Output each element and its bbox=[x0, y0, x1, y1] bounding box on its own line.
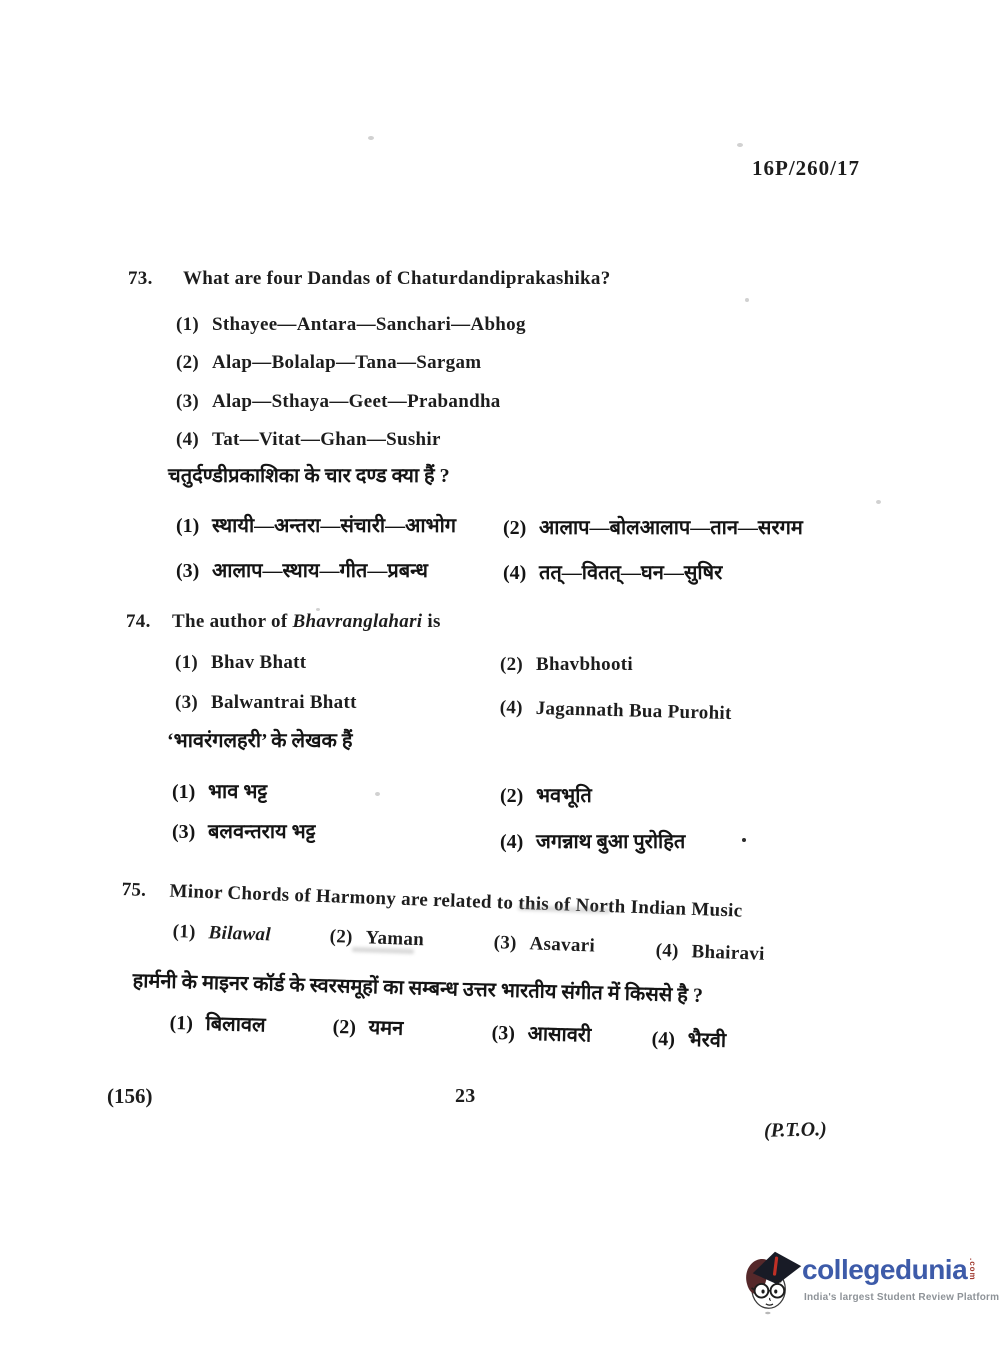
brand-tagline: India's largest Student Review Platform bbox=[804, 1292, 999, 1303]
paper-code: 16P/260/17 bbox=[752, 156, 860, 181]
q75-option-2-hi: (2)यमन bbox=[332, 1012, 403, 1041]
option-text: Jagannath Bua Purohit bbox=[535, 698, 731, 724]
q73-option-3-en: (3)Alap—Sthaya—Geet—Prabandha bbox=[176, 391, 501, 413]
q75-option-4-en: (4)Bhairavi bbox=[655, 940, 765, 966]
option-label: (3) bbox=[493, 932, 530, 955]
option-label: (1) bbox=[175, 652, 211, 674]
scan-speck bbox=[876, 500, 881, 504]
option-label: (3) bbox=[172, 821, 208, 844]
option-label: (4) bbox=[499, 697, 536, 720]
option-text: Balwantrai Bhatt bbox=[211, 692, 357, 713]
q73-option-3-hi: (3)आलाप—स्थाय—गीत—प्रबन्ध bbox=[176, 556, 428, 583]
question-text: Minor Chords of Harmony are related to t… bbox=[169, 881, 743, 922]
q74-option-1-hi: (1)भाव भट्ट bbox=[172, 777, 267, 804]
q73-option-4-en: (4)Tat—Vitat—Ghan—Sushir bbox=[176, 429, 441, 451]
q75-option-1-hi: (1)बिलावल bbox=[169, 1008, 266, 1038]
scan-speck bbox=[368, 136, 374, 140]
booklet-number: (156) bbox=[107, 1084, 153, 1109]
q73-option-2-hi: (2)आलाप—बोलआलाप—तान—सरगम bbox=[503, 513, 803, 540]
option-label: (2) bbox=[329, 926, 366, 949]
option-label: (4) bbox=[651, 1028, 688, 1052]
option-text: भैरवी bbox=[687, 1029, 726, 1052]
option-label: (3) bbox=[175, 692, 211, 714]
brand-text: collegedunia bbox=[802, 1254, 967, 1286]
option-label: (2) bbox=[500, 785, 536, 808]
option-text: Alap—Sthaya—Geet—Prabandha bbox=[212, 391, 501, 412]
pto-label: (P.T.O.) bbox=[764, 1118, 827, 1143]
question-number: 73. bbox=[128, 268, 183, 290]
option-text: आलाप—बोलआलाप—तान—सरगम bbox=[539, 517, 803, 539]
question-text-prefix: The author of bbox=[172, 611, 293, 632]
option-text: भवभूति bbox=[536, 785, 592, 807]
question-number: 74. bbox=[126, 611, 172, 633]
question-74: 74.The author of Bhavranglahari is bbox=[126, 611, 441, 633]
option-text: भाव भट्ट bbox=[208, 781, 267, 803]
option-text: तत्—वितत्—घन—सुषिर bbox=[539, 562, 722, 584]
option-label: (3) bbox=[491, 1022, 528, 1046]
question-text-booktitle: Bhavranglahari bbox=[293, 611, 423, 632]
option-text: Bilawal bbox=[208, 922, 271, 945]
option-label: (2) bbox=[176, 352, 212, 374]
q74-text-hindi: ‘भावरंगलहरी’ के लेखक हैं bbox=[167, 726, 352, 753]
collegedunia-mascot-icon bbox=[740, 1244, 802, 1320]
collegedunia-logo: collegedunia .com India's largest Studen… bbox=[740, 1242, 1001, 1328]
ink-dot bbox=[742, 838, 746, 842]
option-label: (1) bbox=[172, 781, 208, 804]
option-text: बिलावल bbox=[205, 1013, 266, 1037]
q75-option-3-hi: (3)आसावरी bbox=[491, 1018, 591, 1048]
option-text: जगन्नाथ बुआ पुरोहित bbox=[536, 831, 685, 853]
q74-option-4-hi: (4)जगन्नाथ बुआ पुरोहित bbox=[500, 827, 685, 854]
option-label: (2) bbox=[503, 517, 539, 540]
question-75: 75.Minor Chords of Harmony are related t… bbox=[121, 879, 743, 923]
option-text: Bhavbhooti bbox=[536, 654, 633, 675]
option-text: आलाप—स्थाय—गीत—प्रबन्ध bbox=[212, 560, 428, 582]
option-text: Bhav Bhatt bbox=[211, 652, 306, 673]
option-text: स्थायी—अन्तरा—संचारी—आभोग bbox=[212, 515, 456, 537]
brand-tld: .com bbox=[968, 1258, 977, 1281]
option-label: (1) bbox=[176, 515, 212, 538]
option-label: (1) bbox=[169, 1012, 206, 1036]
page-number: 23 bbox=[455, 1085, 476, 1108]
scan-speck bbox=[737, 143, 743, 147]
option-label: (3) bbox=[176, 391, 212, 413]
scan-speck bbox=[375, 792, 380, 796]
option-text: Tat—Vitat—Ghan—Sushir bbox=[212, 429, 441, 450]
option-label: (4) bbox=[176, 429, 212, 451]
option-label: (2) bbox=[332, 1016, 369, 1040]
q74-option-1-en: (1)Bhav Bhatt bbox=[175, 652, 306, 674]
option-text: आसावरी bbox=[527, 1023, 591, 1047]
q74-option-2-hi: (2)भवभूति bbox=[500, 781, 592, 808]
option-text: Asavari bbox=[529, 933, 595, 956]
question-73: 73.What are four Dandas of Chaturdandipr… bbox=[128, 268, 611, 290]
q75-option-3-en: (3)Asavari bbox=[493, 932, 595, 958]
option-label: (3) bbox=[176, 560, 212, 583]
question-number: 75. bbox=[121, 879, 170, 903]
q74-option-2-en: (2)Bhavbhooti bbox=[500, 654, 633, 676]
option-label: (1) bbox=[176, 314, 212, 336]
q75-option-4-hi: (4)भैरवी bbox=[651, 1024, 726, 1053]
option-text: Bhairavi bbox=[691, 941, 765, 965]
q73-option-4-hi: (4)तत्—वितत्—घन—सुषिर bbox=[503, 558, 722, 585]
q73-option-2-en: (2)Alap—Bolalap—Tana—Sargam bbox=[176, 352, 481, 374]
option-text: यमन bbox=[368, 1017, 403, 1040]
option-label: (4) bbox=[503, 562, 539, 585]
scan-speck bbox=[745, 298, 749, 302]
option-label: (2) bbox=[500, 654, 536, 676]
q74-option-3-hi: (3)बलवन्तराय भट्ट bbox=[172, 817, 315, 844]
q74-option-4-en: (4)Jagannath Bua Purohit bbox=[499, 697, 732, 725]
question-text-suffix: is bbox=[422, 611, 440, 632]
option-label: (4) bbox=[500, 831, 536, 854]
option-text: Alap—Bolalap—Tana—Sargam bbox=[212, 352, 481, 373]
exam-page: 16P/260/17 73.What are four Dandas of Ch… bbox=[0, 0, 1001, 1356]
ink-smudge bbox=[352, 947, 414, 954]
q73-option-1-hi: (1)स्थायी—अन्तरा—संचारी—आभोग bbox=[176, 511, 456, 538]
q74-option-3-en: (3)Balwantrai Bhatt bbox=[175, 692, 357, 714]
q75-text-hindi: हार्मनी के माइनर कॉर्ड के स्वरसमूहों का … bbox=[132, 966, 703, 1008]
option-text: Sthayee—Antara—Sanchari—Abhog bbox=[212, 314, 526, 335]
option-label: (4) bbox=[655, 940, 692, 963]
q75-option-1-en: (1)Bilawal bbox=[172, 921, 271, 946]
q73-option-1-en: (1)Sthayee—Antara—Sanchari—Abhog bbox=[176, 314, 526, 336]
option-label: (1) bbox=[172, 921, 209, 944]
option-text: बलवन्तराय भट्ट bbox=[208, 821, 315, 843]
q73-text-hindi: चतुर्दण्डीप्रकाशिका के चार दण्ड क्या हैं… bbox=[168, 461, 450, 488]
question-text: What are four Dandas of Chaturdandipraka… bbox=[183, 268, 611, 289]
